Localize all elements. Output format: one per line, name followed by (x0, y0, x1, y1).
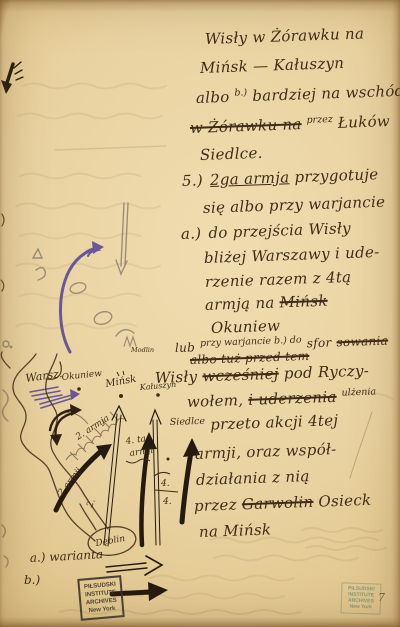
text-segment: Łuków (338, 112, 391, 132)
minsk-label: Mińsk (104, 374, 138, 390)
text-segment: na Mińsk (199, 520, 272, 541)
text-segment: Wisły (155, 368, 198, 387)
text-segment: Osieck (318, 491, 372, 511)
okuniew-label: Okuniew (61, 369, 102, 383)
text-segment: Siedlce. (200, 144, 263, 164)
struck-text: sowania (336, 334, 388, 350)
item-number: 5.) (182, 171, 204, 190)
text-segment: przez (194, 496, 238, 515)
4-over-label: 4. (160, 479, 170, 489)
text-segment: armją na (205, 294, 275, 314)
variant-b-label: b.) (24, 573, 40, 587)
4ta-armji-label: armji (129, 446, 154, 459)
inserted-note: przy warjancie b.) do (200, 335, 302, 350)
page-number: 7 (378, 591, 385, 604)
pilsudski-institute-stamp: PIŁSUDSKI INSTITUTE ARCHIVES New York (77, 575, 124, 621)
edge-ink-marks (1, 214, 4, 291)
struck-text: wcześniej (202, 365, 279, 386)
inserted-note: ulżenia (341, 386, 376, 398)
struck-text: Mińsk (279, 292, 328, 312)
2-label: 2. (85, 497, 98, 510)
manuscript-line: na Mińsk (199, 520, 277, 541)
inserted-note: przez (306, 114, 333, 126)
pilsudski-institute-stamp-faint: PIŁSUDSKI INSTITUTE ARCHIVES New York (340, 582, 381, 614)
margin-arrow (1, 62, 23, 94)
2-armji-arrow-label: 2 armji (56, 466, 85, 499)
inserted-note: b.) (234, 87, 247, 98)
2-armja-line-label: 2. armja (73, 414, 111, 444)
warszawa-label: Warsz. (25, 367, 64, 385)
text-segment: pod Ryczy- (283, 362, 369, 383)
4-under-label: 4. (162, 497, 172, 507)
text-segment: przygotuje (294, 165, 379, 186)
text-segment: albo (196, 88, 230, 107)
manuscript-line: Okuniew (211, 316, 286, 337)
modlin-label: Modlin (130, 346, 154, 354)
stamp-line: New York (342, 603, 380, 610)
underlined-text: 2ga armja (210, 168, 290, 189)
variant-a-label: a.) warianta (29, 547, 103, 565)
manuscript-page: Modlin (0, 0, 400, 627)
struck-text: i uderzenia (248, 388, 337, 409)
text-segment: wołem, (187, 391, 244, 411)
struck-text: Garwolin (242, 493, 314, 513)
manuscript-line: Siedlce. (200, 144, 268, 164)
item-number: a.) (181, 224, 202, 243)
inserted-note: Siedlce (170, 416, 206, 428)
text-segment: Okuniew (211, 317, 281, 337)
